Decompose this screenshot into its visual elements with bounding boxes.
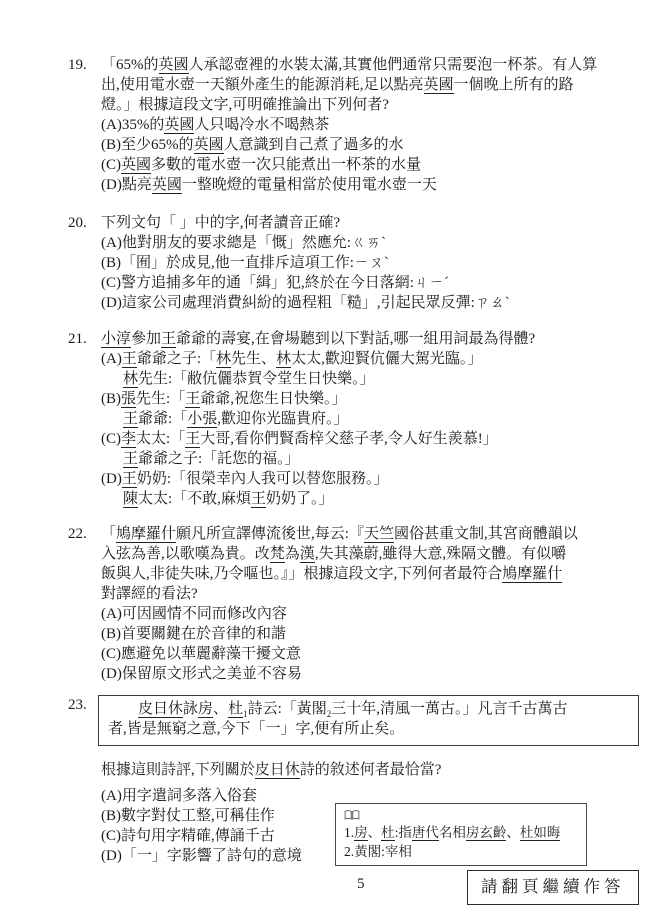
- question-20: 20. 下列文句「 」中的字,何者讀音正確? (A)他對朋友的要求總是「慨」然應…: [68, 213, 624, 313]
- quote-box-line: 皮日休詠房、杜1詩云:「黃閣2三十年,清風一萬古。」凡言千古萬古: [108, 699, 629, 719]
- question-20-option-c: (C)警方追捕多年的通「緝」犯,終於在今日落網:ㄐㄧˊ: [101, 273, 624, 293]
- exam-content: 19. 「65%的英國人承認壺裡的水裝太滿,其實他們通常只需要泡一杯茶。有人算 …: [68, 55, 624, 906]
- question-19-number: 19.: [68, 55, 101, 75]
- question-19-option-b: (B)至少65%的英國人意識到自己煮了過多的水: [101, 135, 624, 155]
- question-22-stem-line: 入弦為善,以歌嘆為貴。改梵為漢,失其藻蔚,雖得大意,殊隔文體。有似嚼: [101, 544, 624, 564]
- footnote-line: 1.房、杜:指唐代名相房玄齡、杜如晦: [344, 823, 578, 842]
- question-21-body: 小淳參加王爺爺的壽宴,在會場聽到以下對話,哪一組用詞最為得體? (A)王爺爺之子…: [101, 329, 624, 509]
- quote-box-line: 者,皆是無窮之意,今下「一」字,便有所止矣。: [108, 719, 629, 739]
- exam-page: 19. 「65%的英國人承認壺裡的水裝太滿,其實他們通常只需要泡一杯茶。有人算 …: [0, 0, 656, 906]
- question-20-option-a: (A)他對朋友的要求總是「慨」然應允:ㄍㄞˋ: [101, 233, 624, 253]
- question-21-option-d: (D)王奶奶:「很榮幸內人我可以替您服務。」: [101, 469, 624, 489]
- question-23-options: (A)用字遣詞多落入俗套 (B)數字對仗工整,可稱佳作 (C)詩句用字精確,傳誦…: [101, 786, 347, 866]
- question-20-option-d: (D)這家公司處理消費糾紛的過程粗「糙」,引起民眾反彈:ㄗㄠˋ: [101, 293, 624, 313]
- footnote-line: 2.黃閣:宰相: [344, 842, 578, 861]
- question-19-stem-line: 「65%的英國人承認壺裡的水裝太滿,其實他們通常只需要泡一杯茶。有人算: [101, 55, 624, 75]
- question-23-number: 23.: [68, 695, 101, 715]
- question-22-option-b: (B)首要關鍵在於音律的和諧: [101, 624, 624, 644]
- footnote-icon-row: [344, 807, 578, 823]
- question-22-option-a: (A)可因國情不同而修改內容: [101, 604, 624, 624]
- question-19: 19. 「65%的英國人承認壺裡的水裝太滿,其實他們通常只需要泡一杯茶。有人算 …: [68, 55, 624, 195]
- turn-page-notice: 請翻頁繼續作答: [467, 870, 639, 905]
- question-21-option-c-reply: 王爺爺之子:「託您的福。」: [101, 449, 624, 469]
- question-21-option-c: (C)李太太:「王大哥,看你們賢喬梓父慈子孝,令人好生羨慕!」: [101, 429, 624, 449]
- page-number: 5: [357, 874, 365, 894]
- question-22-option-d: (D)保留原文形式之美並不容易: [101, 664, 624, 684]
- question-23-option-b: (B)數字對仗工整,可稱佳作: [101, 806, 347, 826]
- question-21-option-a-reply: 林先生:「敝伉儷恭賀令堂生日快樂。」: [101, 369, 624, 389]
- question-22-body: 「鳩摩羅什願凡所宣譯傳流後世,每云:『天竺國俗甚重文制,其宮商體韻以 入弦為善,…: [101, 524, 624, 684]
- page-footer: 5 請翻頁繼續作答: [101, 868, 639, 906]
- question-19-stem-line: 出,使用電水壺一天額外產生的能源消耗,足以點亮英國一個晚上所有的路: [101, 75, 624, 95]
- question-21-number: 21.: [68, 329, 101, 349]
- question-20-number: 20.: [68, 213, 101, 233]
- footnote-box: 1.房、杜:指唐代名相房玄齡、杜如晦 2.黃閣:宰相: [335, 803, 587, 866]
- question-23-option-c: (C)詩句用字精確,傳誦千古: [101, 826, 347, 846]
- question-23: 23. 皮日休詠房、杜1詩云:「黃閣2三十年,清風一萬古。」凡言千古萬古 者,皆…: [68, 695, 624, 906]
- question-22-option-c: (C)應避免以華麗辭藻干擾文意: [101, 644, 624, 664]
- question-22-number: 22.: [68, 524, 101, 544]
- open-book-icon: [344, 809, 360, 824]
- question-20-option-b: (B)「囿」於成見,他一直排斥這項工作:ㄧㄡˋ: [101, 253, 624, 273]
- question-19-option-a: (A)35%的英國人只喝冷水不喝熱茶: [101, 115, 624, 135]
- question-22-stem-line: 飯與人,非徒失味,乃令嘔也。』」根據這段文字,下列何者最符合鳩摩羅什: [101, 564, 624, 584]
- question-21-stem-line: 小淳參加王爺爺的壽宴,在會場聽到以下對話,哪一組用詞最為得體?: [101, 329, 624, 349]
- question-23-option-a: (A)用字遣詞多落入俗套: [101, 786, 347, 806]
- question-19-option-c: (C)英國多數的電水壺一次只能煮出一杯茶的水量: [101, 155, 624, 175]
- question-19-stem-line: 燈。」根據這段文字,可明確推論出下列何者?: [101, 95, 624, 115]
- question-20-stem-line: 下列文句「 」中的字,何者讀音正確?: [101, 213, 624, 233]
- question-22-stem-line: 「鳩摩羅什願凡所宣譯傳流後世,每云:『天竺國俗甚重文制,其宮商體韻以: [101, 524, 624, 544]
- question-21-option-b: (B)張先生:「王爺爺,祝您生日快樂。」: [101, 389, 624, 409]
- question-21-option-d-reply: 陳太太:「不敢,麻煩王奶奶了。」: [101, 489, 624, 509]
- question-23-quote-box: 皮日休詠房、杜1詩云:「黃閣2三十年,清風一萬古。」凡言千古萬古 者,皆是無窮之…: [98, 695, 639, 746]
- question-23-option-d: (D)「一」字影響了詩句的意境: [101, 846, 347, 866]
- question-21: 21. 小淳參加王爺爺的壽宴,在會場聽到以下對話,哪一組用詞最為得體? (A)王…: [68, 329, 624, 509]
- question-19-body: 「65%的英國人承認壺裡的水裝太滿,其實他們通常只需要泡一杯茶。有人算 出,使用…: [101, 55, 624, 195]
- question-21-option-b-reply: 王爺爺:「小張,歡迎你光臨貴府。」: [101, 409, 624, 429]
- question-22: 22. 「鳩摩羅什願凡所宣譯傳流後世,每云:『天竺國俗甚重文制,其宮商體韻以 入…: [68, 524, 624, 684]
- question-23-stem-line: 根據這則詩評,下列關於皮日休詩的敘述何者最恰當?: [101, 760, 639, 780]
- question-21-option-a: (A)王爺爺之子:「林先生、林太太,歡迎賢伉儷大駕光臨。」: [101, 349, 624, 369]
- question-23-bottom: (A)用字遣詞多落入俗套 (B)數字對仗工整,可稱佳作 (C)詩句用字精確,傳誦…: [101, 786, 639, 866]
- question-23-body: 皮日休詠房、杜1詩云:「黃閣2三十年,清風一萬古。」凡言千古萬古 者,皆是無窮之…: [101, 695, 639, 906]
- question-19-option-d: (D)點亮英國一整晚燈的電量相當於使用電水壺一天: [101, 175, 624, 195]
- question-20-body: 下列文句「 」中的字,何者讀音正確? (A)他對朋友的要求總是「慨」然應允:ㄍㄞ…: [101, 213, 624, 313]
- question-22-stem-line: 對譯經的看法?: [101, 584, 624, 604]
